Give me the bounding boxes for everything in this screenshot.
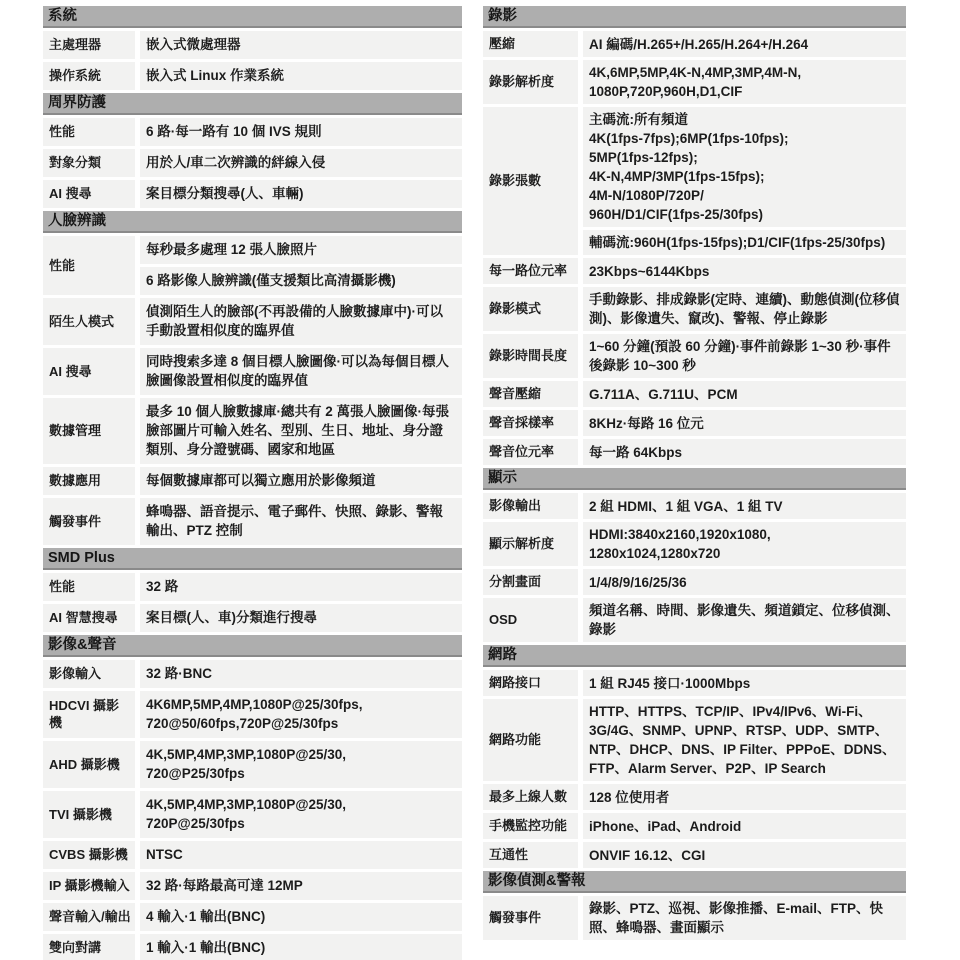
spec-label: 聲音位元率 [483, 439, 578, 465]
spec-value: 錄影、PTZ、巡視、影像推播、E-mail、FTP、快照、蜂鳴器、畫面顯示 [583, 896, 906, 940]
spec-value-text: 同時搜索多達 8 個目標人臉圖像·可以為每個目標人臉圖像設置相似度的臨界值 [146, 352, 456, 390]
spec-value-stack: G.711A、G.711U、PCM [583, 381, 906, 407]
spec-label: 聲音輸入/輸出 [43, 903, 135, 931]
spec-row: TVI 攝影機4K,5MP,4MP,3MP,1080P@25/30, 720P@… [43, 791, 462, 838]
spec-value: 2 組 HDMI、1 組 VGA、1 組 TV [583, 493, 906, 519]
spec-row: 互通性ONVIF 16.12、CGI [483, 842, 906, 868]
section-header: 錄影 [483, 6, 906, 28]
spec-label: 每一路位元率 [483, 258, 578, 284]
spec-value: 6 路影像人臉辨識(僅支援類比高清攝影機) [140, 267, 462, 295]
spec-value: 128 位使用者 [583, 784, 906, 810]
spec-row: AHD 攝影機4K,5MP,4MP,3MP,1080P@25/30, 720@P… [43, 741, 462, 788]
spec-row: 聲音壓縮G.711A、G.711U、PCM [483, 381, 906, 407]
spec-value: 32 路·每路最高可達 12MP [140, 872, 462, 900]
spec-value-stack: 32 路·每路最高可達 12MP [140, 872, 462, 900]
spec-value-stack: 主碼流:所有頻道 4K(1fps-7fps);6MP(1fps-10fps); … [583, 107, 906, 255]
spec-label: 性能 [43, 236, 135, 295]
spec-row: AI 搜尋案目標分類搜尋(人、車輛) [43, 180, 462, 208]
spec-row: 數據管理最多 10 個人臉數據庫·總共有 2 萬張人臉圖像·每張臉部圖片可輸入姓… [43, 398, 462, 464]
spec-label: 錄影張數 [483, 107, 578, 255]
spec-value-stack: 4K,6MP,5MP,4K-N,4MP,3MP,4M-N, 1080P,720P… [583, 60, 906, 104]
spec-value-text: 輔碼流:960H(1fps-15fps);D1/CIF(1fps-25/30fp… [589, 233, 885, 252]
spec-value-stack: 1~60 分鐘(預設 60 分鐘)·事件前錄影 1~30 秒·事件後錄影 10~… [583, 334, 906, 378]
spec-value: 32 路 [140, 573, 462, 601]
spec-value-stack: AI 編碼/H.265+/H.265/H.264+/H.264 [583, 31, 906, 57]
spec-value-stack: 案目標分類搜尋(人、車輛) [140, 180, 462, 208]
spec-row: 觸發事件錄影、PTZ、巡視、影像推播、E-mail、FTP、快照、蜂鳴器、畫面顯… [483, 896, 906, 940]
spec-value-stack: iPhone、iPad、Android [583, 813, 906, 839]
section-header: 影像偵測&警報 [483, 871, 906, 893]
spec-value-text: G.711A、G.711U、PCM [589, 385, 738, 404]
spec-value-text: 4K,6MP,5MP,4K-N,4MP,3MP,4M-N, 1080P,720P… [589, 63, 801, 101]
spec-label: 錄影模式 [483, 287, 578, 331]
spec-row: 錄影解析度4K,6MP,5MP,4K-N,4MP,3MP,4M-N, 1080P… [483, 60, 906, 104]
spec-column-left: 系統主處理器嵌入式微處理器操作系統嵌入式 Linux 作業系統周界防護性能6 路… [43, 6, 462, 960]
spec-value-text: iPhone、iPad、Android [589, 817, 741, 836]
spec-row: 聲音輸入/輸出4 輸入·1 輸出(BNC) [43, 903, 462, 931]
spec-value-stack: 128 位使用者 [583, 784, 906, 810]
spec-value: 32 路·BNC [140, 660, 462, 688]
spec-label: 雙向對講 [43, 934, 135, 960]
spec-value-text: 案目標分類搜尋(人、車輛) [146, 184, 304, 203]
spec-value-text: HTTP、HTTPS、TCP/IP、IPv4/IPv6、Wi-Fi、3G/4G、… [589, 702, 900, 778]
spec-value-stack: 每個數據庫都可以獨立應用於影像頻道 [140, 467, 462, 495]
spec-label: 性能 [43, 573, 135, 601]
spec-value: 6 路·每一路有 10 個 IVS 規則 [140, 118, 462, 146]
spec-value-text: 8KHz·每路 16 位元 [589, 414, 704, 433]
spec-value: 輔碼流:960H(1fps-15fps);D1/CIF(1fps-25/30fp… [583, 230, 906, 255]
spec-label: CVBS 攝影機 [43, 841, 135, 869]
spec-label: 聲音採樣率 [483, 410, 578, 436]
spec-value-text: 嵌入式微處理器 [146, 35, 241, 54]
spec-label: 數據應用 [43, 467, 135, 495]
spec-value: 每個數據庫都可以獨立應用於影像頻道 [140, 467, 462, 495]
spec-label: 影像輸入 [43, 660, 135, 688]
spec-row: 性能6 路·每一路有 10 個 IVS 規則 [43, 118, 462, 146]
spec-value: iPhone、iPad、Android [583, 813, 906, 839]
spec-row: 錄影模式手動錄影、排成錄影(定時、連續)、動態偵測(位移偵測)、影像遺失、竄改)… [483, 287, 906, 331]
spec-value: 1 輸入·1 輸出(BNC) [140, 934, 462, 960]
spec-value-text: 23Kbps~6144Kbps [589, 262, 709, 281]
spec-value: 同時搜索多達 8 個目標人臉圖像·可以為每個目標人臉圖像設置相似度的臨界值 [140, 348, 462, 395]
spec-row: 顯示解析度HDMI:3840x2160,1920x1080, 1280x1024… [483, 522, 906, 566]
spec-value: 4K,6MP,5MP,4K-N,4MP,3MP,4M-N, 1080P,720P… [583, 60, 906, 104]
spec-value-stack: 23Kbps~6144Kbps [583, 258, 906, 284]
spec-value: 最多 10 個人臉數據庫·總共有 2 萬張人臉圖像·每張臉部圖片可輸入姓名、型別… [140, 398, 462, 464]
spec-label: 錄影時間長度 [483, 334, 578, 378]
spec-value: NTSC [140, 841, 462, 869]
spec-label: IP 攝影機輸入 [43, 872, 135, 900]
spec-value-text: 錄影、PTZ、巡視、影像推播、E-mail、FTP、快照、蜂鳴器、畫面顯示 [589, 899, 900, 937]
spec-value-stack: 蜂鳴器、語音提示、電子郵件、快照、錄影、警報輸出、PTZ 控制 [140, 498, 462, 545]
spec-value-text: 用於人/車二次辨識的絆線入侵 [146, 153, 325, 172]
spec-value: 23Kbps~6144Kbps [583, 258, 906, 284]
spec-value-stack: 8KHz·每路 16 位元 [583, 410, 906, 436]
spec-row: IP 攝影機輸入32 路·每路最高可達 12MP [43, 872, 462, 900]
spec-row: 觸發事件蜂鳴器、語音提示、電子郵件、快照、錄影、警報輸出、PTZ 控制 [43, 498, 462, 545]
spec-value-text: 4K6MP,5MP,4MP,1080P@25/30fps, 720@50/60f… [146, 695, 363, 733]
spec-row: 手機監控功能iPhone、iPad、Android [483, 813, 906, 839]
spec-column-right: 錄影壓縮AI 編碼/H.265+/H.265/H.264+/H.264錄影解析度… [483, 6, 906, 960]
spec-label: 壓縮 [483, 31, 578, 57]
spec-label: 分割畫面 [483, 569, 578, 595]
spec-value: 4 輸入·1 輸出(BNC) [140, 903, 462, 931]
spec-row: 聲音位元率每一路 64Kbps [483, 439, 906, 465]
spec-label: 網路功能 [483, 699, 578, 781]
spec-value: 每一路 64Kbps [583, 439, 906, 465]
spec-value-text: 偵測陌生人的臉部(不再設備的人臉數據庫中)·可以手動設置相似度的臨界值 [146, 302, 456, 340]
spec-row: CVBS 攝影機NTSC [43, 841, 462, 869]
spec-label: OSD [483, 598, 578, 642]
spec-label: 互通性 [483, 842, 578, 868]
spec-value: 4K,5MP,4MP,3MP,1080P@25/30, 720P@25/30fp… [140, 791, 462, 838]
spec-value-text: 1 輸入·1 輸出(BNC) [146, 938, 265, 957]
spec-label: 數據管理 [43, 398, 135, 464]
spec-label: AI 智慧搜尋 [43, 604, 135, 632]
spec-value: HDMI:3840x2160,1920x1080, 1280x1024,1280… [583, 522, 906, 566]
spec-row: 錄影時間長度1~60 分鐘(預設 60 分鐘)·事件前錄影 1~30 秒·事件後… [483, 334, 906, 378]
spec-value-text: 6 路·每一路有 10 個 IVS 規則 [146, 122, 322, 141]
section-header: 影像&聲音 [43, 635, 462, 657]
spec-label: AI 搜尋 [43, 180, 135, 208]
spec-value-stack: 4 輸入·1 輸出(BNC) [140, 903, 462, 931]
spec-value-stack: 2 組 HDMI、1 組 VGA、1 組 TV [583, 493, 906, 519]
spec-row: 操作系統嵌入式 Linux 作業系統 [43, 62, 462, 90]
section-header: 網路 [483, 645, 906, 667]
spec-value-text: 4 輸入·1 輸出(BNC) [146, 907, 265, 926]
spec-value: G.711A、G.711U、PCM [583, 381, 906, 407]
spec-value-text: 最多 10 個人臉數據庫·總共有 2 萬張人臉圖像·每張臉部圖片可輸入姓名、型別… [146, 402, 456, 459]
spec-value-text: 32 路·BNC [146, 664, 212, 683]
spec-value-text: NTSC [146, 845, 183, 864]
spec-value-text: 4K,5MP,4MP,3MP,1080P@25/30, 720@P25/30fp… [146, 745, 346, 783]
spec-label: 聲音壓縮 [483, 381, 578, 407]
spec-value-stack: 同時搜索多達 8 個目標人臉圖像·可以為每個目標人臉圖像設置相似度的臨界值 [140, 348, 462, 395]
spec-row: 主處理器嵌入式微處理器 [43, 31, 462, 59]
spec-value-stack: 用於人/車二次辨識的絆線入侵 [140, 149, 462, 177]
spec-value-stack: 每一路 64Kbps [583, 439, 906, 465]
spec-value-stack: NTSC [140, 841, 462, 869]
spec-label: 錄影解析度 [483, 60, 578, 104]
section-header: SMD Plus [43, 548, 462, 570]
spec-value-stack: 1/4/8/9/16/25/36 [583, 569, 906, 595]
spec-row: 最多上線人數128 位使用者 [483, 784, 906, 810]
spec-sheet: 系統主處理器嵌入式微處理器操作系統嵌入式 Linux 作業系統周界防護性能6 路… [0, 0, 960, 960]
spec-value-text: 每秒最多處理 12 張人臉照片 [146, 240, 317, 259]
spec-row: AI 搜尋同時搜索多達 8 個目標人臉圖像·可以為每個目標人臉圖像設置相似度的臨… [43, 348, 462, 395]
spec-value: HTTP、HTTPS、TCP/IP、IPv4/IPv6、Wi-Fi、3G/4G、… [583, 699, 906, 781]
spec-value: 主碼流:所有頻道 4K(1fps-7fps);6MP(1fps-10fps); … [583, 107, 906, 227]
spec-value: 1~60 分鐘(預設 60 分鐘)·事件前錄影 1~30 秒·事件後錄影 10~… [583, 334, 906, 378]
spec-value: 案目標分類搜尋(人、車輛) [140, 180, 462, 208]
spec-row: 雙向對講1 輸入·1 輸出(BNC) [43, 934, 462, 960]
spec-value-text: 每個數據庫都可以獨立應用於影像頻道 [146, 471, 376, 490]
spec-row: 網路接口1 組 RJ45 接口·1000Mbps [483, 670, 906, 696]
spec-row: 影像輸出2 組 HDMI、1 組 VGA、1 組 TV [483, 493, 906, 519]
spec-value-stack: HTTP、HTTPS、TCP/IP、IPv4/IPv6、Wi-Fi、3G/4G、… [583, 699, 906, 781]
spec-value-text: 128 位使用者 [589, 788, 669, 807]
spec-value-stack: 嵌入式 Linux 作業系統 [140, 62, 462, 90]
spec-row: 影像輸入32 路·BNC [43, 660, 462, 688]
spec-label: 網路接口 [483, 670, 578, 696]
spec-value-stack: 32 路 [140, 573, 462, 601]
spec-value: 嵌入式 Linux 作業系統 [140, 62, 462, 90]
spec-label: 手機監控功能 [483, 813, 578, 839]
spec-value-text: 頻道名稱、時間、影像遺失、頻道鎖定、位移偵測、錄影 [589, 601, 900, 639]
spec-value: 案目標(人、車)分類進行搜尋 [140, 604, 462, 632]
spec-value-text: 手動錄影、排成錄影(定時、連續)、動態偵測(位移偵測)、影像遺失、竄改)、警報、… [589, 290, 900, 328]
spec-value-stack: 4K6MP,5MP,4MP,1080P@25/30fps, 720@50/60f… [140, 691, 462, 738]
spec-value-text: 1 組 RJ45 接口·1000Mbps [589, 674, 750, 693]
spec-value: 用於人/車二次辨識的絆線入侵 [140, 149, 462, 177]
spec-value-stack: 案目標(人、車)分類進行搜尋 [140, 604, 462, 632]
spec-label: 影像輸出 [483, 493, 578, 519]
spec-value-stack: HDMI:3840x2160,1920x1080, 1280x1024,1280… [583, 522, 906, 566]
spec-row: 網路功能HTTP、HTTPS、TCP/IP、IPv4/IPv6、Wi-Fi、3G… [483, 699, 906, 781]
spec-row: 陌生人模式偵測陌生人的臉部(不再設備的人臉數據庫中)·可以手動設置相似度的臨界值 [43, 298, 462, 345]
spec-value-stack: ONVIF 16.12、CGI [583, 842, 906, 868]
spec-row: 分割畫面1/4/8/9/16/25/36 [483, 569, 906, 595]
spec-value: 4K,5MP,4MP,3MP,1080P@25/30, 720@P25/30fp… [140, 741, 462, 788]
spec-value: 8KHz·每路 16 位元 [583, 410, 906, 436]
spec-row: 壓縮AI 編碼/H.265+/H.265/H.264+/H.264 [483, 31, 906, 57]
spec-label: 觸發事件 [483, 896, 578, 940]
spec-value-stack: 最多 10 個人臉數據庫·總共有 2 萬張人臉圖像·每張臉部圖片可輸入姓名、型別… [140, 398, 462, 464]
spec-value-stack: 每秒最多處理 12 張人臉照片6 路影像人臉辨識(僅支援類比高清攝影機) [140, 236, 462, 295]
spec-row: 對象分類用於人/車二次辨識的絆線入侵 [43, 149, 462, 177]
spec-label: 觸發事件 [43, 498, 135, 545]
spec-value-stack: 6 路·每一路有 10 個 IVS 規則 [140, 118, 462, 146]
spec-label: HDCVI 攝影機 [43, 691, 135, 738]
spec-row: 性能每秒最多處理 12 張人臉照片6 路影像人臉辨識(僅支援類比高清攝影機) [43, 236, 462, 295]
spec-row: OSD頻道名稱、時間、影像遺失、頻道鎖定、位移偵測、錄影 [483, 598, 906, 642]
spec-value-text: 2 組 HDMI、1 組 VGA、1 組 TV [589, 497, 783, 516]
spec-value-stack: 手動錄影、排成錄影(定時、連續)、動態偵測(位移偵測)、影像遺失、竄改)、警報、… [583, 287, 906, 331]
spec-value: 蜂鳴器、語音提示、電子郵件、快照、錄影、警報輸出、PTZ 控制 [140, 498, 462, 545]
spec-row: 每一路位元率23Kbps~6144Kbps [483, 258, 906, 284]
spec-label: 顯示解析度 [483, 522, 578, 566]
spec-row: AI 智慧搜尋案目標(人、車)分類進行搜尋 [43, 604, 462, 632]
spec-value-text: 主碼流:所有頻道 4K(1fps-7fps);6MP(1fps-10fps); … [589, 110, 789, 224]
spec-value: 偵測陌生人的臉部(不再設備的人臉數據庫中)·可以手動設置相似度的臨界值 [140, 298, 462, 345]
spec-value: 嵌入式微處理器 [140, 31, 462, 59]
spec-row: 聲音採樣率8KHz·每路 16 位元 [483, 410, 906, 436]
spec-value-text: 蜂鳴器、語音提示、電子郵件、快照、錄影、警報輸出、PTZ 控制 [146, 502, 456, 540]
spec-label: 陌生人模式 [43, 298, 135, 345]
spec-value-text: 1~60 分鐘(預設 60 分鐘)·事件前錄影 1~30 秒·事件後錄影 10~… [589, 337, 900, 375]
spec-value-stack: 4K,5MP,4MP,3MP,1080P@25/30, 720P@25/30fp… [140, 791, 462, 838]
spec-label: 對象分類 [43, 149, 135, 177]
spec-value: ONVIF 16.12、CGI [583, 842, 906, 868]
spec-value-stack: 頻道名稱、時間、影像遺失、頻道鎖定、位移偵測、錄影 [583, 598, 906, 642]
section-header: 周界防護 [43, 93, 462, 115]
section-header: 系統 [43, 6, 462, 28]
spec-value-stack: 32 路·BNC [140, 660, 462, 688]
spec-value-text: AI 編碼/H.265+/H.265/H.264+/H.264 [589, 35, 808, 54]
spec-value-stack: 1 組 RJ45 接口·1000Mbps [583, 670, 906, 696]
spec-value-text: HDMI:3840x2160,1920x1080, 1280x1024,1280… [589, 525, 771, 563]
spec-value-text: ONVIF 16.12、CGI [589, 846, 705, 865]
spec-row: 性能32 路 [43, 573, 462, 601]
spec-row: HDCVI 攝影機4K6MP,5MP,4MP,1080P@25/30fps, 7… [43, 691, 462, 738]
spec-value-stack: 偵測陌生人的臉部(不再設備的人臉數據庫中)·可以手動設置相似度的臨界值 [140, 298, 462, 345]
spec-value-text: 嵌入式 Linux 作業系統 [146, 66, 284, 85]
spec-value-text: 6 路影像人臉辨識(僅支援類比高清攝影機) [146, 271, 396, 290]
spec-label: 最多上線人數 [483, 784, 578, 810]
spec-row: 錄影張數主碼流:所有頻道 4K(1fps-7fps);6MP(1fps-10fp… [483, 107, 906, 255]
spec-value-text: 32 路 [146, 577, 178, 596]
spec-value: AI 編碼/H.265+/H.265/H.264+/H.264 [583, 31, 906, 57]
spec-row: 數據應用每個數據庫都可以獨立應用於影像頻道 [43, 467, 462, 495]
spec-value-stack: 錄影、PTZ、巡視、影像推播、E-mail、FTP、快照、蜂鳴器、畫面顯示 [583, 896, 906, 940]
spec-label: 性能 [43, 118, 135, 146]
spec-value-text: 案目標(人、車)分類進行搜尋 [146, 608, 317, 627]
spec-label: TVI 攝影機 [43, 791, 135, 838]
spec-value: 4K6MP,5MP,4MP,1080P@25/30fps, 720@50/60f… [140, 691, 462, 738]
spec-value-stack: 嵌入式微處理器 [140, 31, 462, 59]
section-header: 顯示 [483, 468, 906, 490]
spec-value: 每秒最多處理 12 張人臉照片 [140, 236, 462, 264]
section-header: 人臉辨識 [43, 211, 462, 233]
spec-value-text: 32 路·每路最高可達 12MP [146, 876, 303, 895]
spec-value-stack: 1 輸入·1 輸出(BNC) [140, 934, 462, 960]
spec-label: AHD 攝影機 [43, 741, 135, 788]
spec-value: 手動錄影、排成錄影(定時、連續)、動態偵測(位移偵測)、影像遺失、竄改)、警報、… [583, 287, 906, 331]
spec-value: 1/4/8/9/16/25/36 [583, 569, 906, 595]
spec-value-text: 4K,5MP,4MP,3MP,1080P@25/30, 720P@25/30fp… [146, 795, 346, 833]
spec-label: AI 搜尋 [43, 348, 135, 395]
spec-value-text: 1/4/8/9/16/25/36 [589, 573, 687, 592]
spec-label: 主處理器 [43, 31, 135, 59]
spec-label: 操作系統 [43, 62, 135, 90]
spec-value-stack: 4K,5MP,4MP,3MP,1080P@25/30, 720@P25/30fp… [140, 741, 462, 788]
spec-value-text: 每一路 64Kbps [589, 443, 682, 462]
spec-value: 頻道名稱、時間、影像遺失、頻道鎖定、位移偵測、錄影 [583, 598, 906, 642]
spec-value: 1 組 RJ45 接口·1000Mbps [583, 670, 906, 696]
